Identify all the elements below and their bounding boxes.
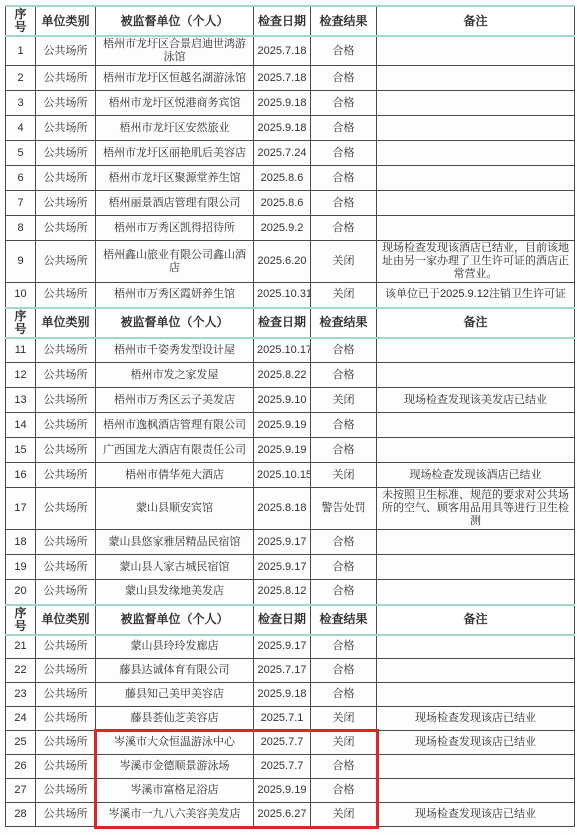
table-row: 15公共场所广西国龙大酒店有限责任公司2025.9.19合格	[6, 438, 575, 463]
cell-result: 合格	[311, 91, 377, 116]
cell-category: 公共场所	[36, 755, 96, 779]
table-row: 23公共场所藤县知己美甲美容店2025.9.18合格	[6, 683, 575, 707]
cell-no: 19	[6, 555, 36, 580]
cell-remark: 现场检查发现该店已结业	[377, 707, 575, 731]
cell-no: 2	[6, 66, 36, 91]
cell-result: 关闭	[311, 803, 377, 827]
cell-remark	[377, 141, 575, 166]
cell-result: 合格	[311, 66, 377, 91]
cell-unit: 梧州鑫山旅业有限公司鑫山酒店	[96, 241, 254, 283]
table-row: 16公共场所梧州市倩华苑大酒店2025.10.15关闭现场检查发现该酒店已结业	[6, 463, 575, 488]
cell-remark: 现场检查发现该美发店已结业	[377, 388, 575, 413]
cell-result: 合格	[311, 779, 377, 803]
cell-category: 公共场所	[36, 659, 96, 683]
cell-no: 11	[6, 338, 36, 363]
cell-result: 合格	[311, 438, 377, 463]
cell-no: 8	[6, 216, 36, 241]
table-row: 21公共场所蒙山县玲玲发廊店2025.9.17合格	[6, 635, 575, 659]
cell-result: 合格	[311, 659, 377, 683]
cell-unit: 梧州市发之家发屋	[96, 363, 254, 388]
cell-category: 公共场所	[36, 803, 96, 827]
cell-date: 2025.9.17	[254, 635, 311, 659]
cell-no: 1	[6, 36, 36, 66]
cell-remark	[377, 580, 575, 605]
cell-no: 13	[6, 388, 36, 413]
header-cell-remark: 备注	[377, 605, 575, 635]
header-cell-unit: 被监督单位（个人）	[96, 605, 254, 635]
table-row: 2公共场所梧州市龙圩区恒越名湖游泳馆2025.7.18合格	[6, 66, 575, 91]
cell-remark	[377, 338, 575, 363]
cell-no: 9	[6, 241, 36, 283]
table-row: 7公共场所梧州丽景酒店管理有限公司2025.8.6合格	[6, 191, 575, 216]
table-row: 28公共场所岑溪市一九八六美容美发店2025.6.27关闭现场检查发现该店已结业	[6, 803, 575, 827]
table-row: 4公共场所梧州市龙圩区安然旅业2025.9.18合格	[6, 116, 575, 141]
inspection-table: 序号单位类别被监督单位（个人）检查日期检查结果备注1公共场所梧州市龙圩区合景启迪…	[5, 5, 575, 827]
cell-unit: 梧州丽景酒店管理有限公司	[96, 191, 254, 216]
cell-category: 公共场所	[36, 283, 96, 308]
cell-date: 2025.10.17	[254, 338, 311, 363]
cell-result: 合格	[311, 683, 377, 707]
cell-no: 17	[6, 488, 36, 530]
table-row: 25公共场所岑溪市大众恒温游泳中心2025.7.7关闭现场检查发现该店已结业	[6, 731, 575, 755]
cell-date: 2025.8.12	[254, 580, 311, 605]
header-cell-no: 序号	[6, 6, 36, 36]
cell-remark: 现场检查发现该店已结业	[377, 803, 575, 827]
cell-result: 关闭	[311, 731, 377, 755]
cell-remark: 现场检查发现该店已结业	[377, 731, 575, 755]
cell-category: 公共场所	[36, 731, 96, 755]
table-row: 10公共场所梧州市万秀区霞妍养生馆2025.10.31关闭该单位已于2025.9…	[6, 283, 575, 308]
header-cell-result: 检查结果	[311, 605, 377, 635]
cell-category: 公共场所	[36, 241, 96, 283]
header-cell-result: 检查结果	[311, 308, 377, 338]
cell-category: 公共场所	[36, 707, 96, 731]
cell-result: 关闭	[311, 388, 377, 413]
cell-result: 合格	[311, 635, 377, 659]
cell-date: 2025.9.19	[254, 779, 311, 803]
cell-date: 2025.9.19	[254, 438, 311, 463]
cell-unit: 蒙山县悠家雅居精品民宿馆	[96, 530, 254, 555]
cell-no: 23	[6, 683, 36, 707]
cell-category: 公共场所	[36, 338, 96, 363]
header-cell-remark: 备注	[377, 6, 575, 36]
table-row: 26公共场所岑溪市金德顺景游泳场2025.7.7合格	[6, 755, 575, 779]
cell-result: 合格	[311, 141, 377, 166]
cell-category: 公共场所	[36, 141, 96, 166]
cell-date: 2025.8.18	[254, 488, 311, 530]
cell-result: 合格	[311, 755, 377, 779]
cell-remark	[377, 755, 575, 779]
cell-unit: 岑溪市大众恒温游泳中心	[96, 731, 254, 755]
cell-unit: 藤县知己美甲美容店	[96, 683, 254, 707]
cell-remark	[377, 530, 575, 555]
cell-unit: 岑溪市富格足浴店	[96, 779, 254, 803]
cell-no: 21	[6, 635, 36, 659]
header-cell-unit: 被监督单位（个人）	[96, 308, 254, 338]
cell-no: 12	[6, 363, 36, 388]
cell-category: 公共场所	[36, 463, 96, 488]
cell-remark	[377, 216, 575, 241]
cell-no: 24	[6, 707, 36, 731]
table-row: 6公共场所梧州市龙圩区聚源堂养生馆2025.8.6合格	[6, 166, 575, 191]
table-row: 22公共场所藤县达诚体育有限公司2025.7.17合格	[6, 659, 575, 683]
cell-remark	[377, 438, 575, 463]
cell-date: 2025.9.19	[254, 413, 311, 438]
cell-date: 2025.8.6	[254, 191, 311, 216]
cell-category: 公共场所	[36, 555, 96, 580]
cell-category: 公共场所	[36, 530, 96, 555]
cell-no: 16	[6, 463, 36, 488]
cell-result: 合格	[311, 580, 377, 605]
cell-unit: 蒙山县人家古城民宿馆	[96, 555, 254, 580]
cell-no: 20	[6, 580, 36, 605]
table-row: 13公共场所梧州市万秀区云子美发店2025.9.10关闭现场检查发现该美发店已结…	[6, 388, 575, 413]
cell-date: 2025.7.7	[254, 755, 311, 779]
cell-unit: 梧州市千姿秀发型设计屋	[96, 338, 254, 363]
cell-category: 公共场所	[36, 683, 96, 707]
cell-no: 10	[6, 283, 36, 308]
cell-date: 2025.9.17	[254, 530, 311, 555]
table-row: 20公共场所蒙山县发缘地美发店2025.8.12合格	[6, 580, 575, 605]
cell-date: 2025.9.17	[254, 555, 311, 580]
table-row: 11公共场所梧州市千姿秀发型设计屋2025.10.17合格	[6, 338, 575, 363]
cell-unit: 梧州市龙圩区聚源堂养生馆	[96, 166, 254, 191]
cell-result: 合格	[311, 166, 377, 191]
cell-remark	[377, 659, 575, 683]
cell-remark	[377, 635, 575, 659]
cell-date: 2025.7.1	[254, 707, 311, 731]
cell-remark	[377, 683, 575, 707]
cell-unit: 梧州市龙圩区合景启迪世鸿游泳馆	[96, 36, 254, 66]
cell-unit: 梧州市龙圩区悦港商务宾馆	[96, 91, 254, 116]
header-cell-category: 单位类别	[36, 6, 96, 36]
table-row: 27公共场所岑溪市富格足浴店2025.9.19合格	[6, 779, 575, 803]
cell-unit: 蒙山县发缘地美发店	[96, 580, 254, 605]
cell-no: 26	[6, 755, 36, 779]
cell-date: 2025.9.18	[254, 91, 311, 116]
table-row: 1公共场所梧州市龙圩区合景启迪世鸿游泳馆2025.7.18合格	[6, 36, 575, 66]
cell-date: 2025.7.7	[254, 731, 311, 755]
table-row: 24公共场所藤县荟仙芝美容店2025.7.1关闭现场检查发现该店已结业	[6, 707, 575, 731]
cell-no: 28	[6, 803, 36, 827]
cell-remark	[377, 116, 575, 141]
cell-remark	[377, 413, 575, 438]
cell-date: 2025.6.27	[254, 803, 311, 827]
inspection-results-page: 序号单位类别被监督单位（个人）检查日期检查结果备注1公共场所梧州市龙圩区合景启迪…	[0, 0, 577, 835]
cell-result: 关闭	[311, 283, 377, 308]
cell-no: 4	[6, 116, 36, 141]
cell-result: 警告处罚	[311, 488, 377, 530]
cell-remark	[377, 191, 575, 216]
cell-category: 公共场所	[36, 166, 96, 191]
cell-result: 合格	[311, 36, 377, 66]
cell-category: 公共场所	[36, 388, 96, 413]
cell-unit: 梧州市倩华苑大酒店	[96, 463, 254, 488]
cell-date: 2025.7.18	[254, 36, 311, 66]
cell-date: 2025.7.17	[254, 659, 311, 683]
cell-category: 公共场所	[36, 36, 96, 66]
cell-date: 2025.9.10	[254, 388, 311, 413]
cell-unit: 蒙山县顺安宾馆	[96, 488, 254, 530]
cell-unit: 梧州市龙圩区丽艳肌后美容店	[96, 141, 254, 166]
header-cell-date: 检查日期	[254, 605, 311, 635]
cell-category: 公共场所	[36, 635, 96, 659]
cell-remark	[377, 36, 575, 66]
cell-category: 公共场所	[36, 191, 96, 216]
cell-result: 合格	[311, 363, 377, 388]
cell-unit: 梧州市万秀区凯得招待所	[96, 216, 254, 241]
header-cell-no: 序号	[6, 605, 36, 635]
cell-remark: 该单位已于2025.9.12注销卫生许可证	[377, 283, 575, 308]
header-cell-category: 单位类别	[36, 308, 96, 338]
cell-unit: 岑溪市金德顺景游泳场	[96, 755, 254, 779]
cell-no: 6	[6, 166, 36, 191]
cell-category: 公共场所	[36, 66, 96, 91]
cell-result: 合格	[311, 116, 377, 141]
cell-no: 15	[6, 438, 36, 463]
cell-remark	[377, 363, 575, 388]
header-cell-category: 单位类别	[36, 605, 96, 635]
cell-date: 2025.9.18	[254, 683, 311, 707]
cell-unit: 梧州市龙圩区安然旅业	[96, 116, 254, 141]
cell-no: 25	[6, 731, 36, 755]
cell-no: 7	[6, 191, 36, 216]
cell-result: 关闭	[311, 463, 377, 488]
cell-no: 18	[6, 530, 36, 555]
cell-no: 22	[6, 659, 36, 683]
cell-remark	[377, 779, 575, 803]
header-cell-result: 检查结果	[311, 6, 377, 36]
cell-result: 合格	[311, 555, 377, 580]
cell-result: 关闭	[311, 707, 377, 731]
header-cell-date: 检查日期	[254, 308, 311, 338]
header-row: 序号单位类别被监督单位（个人）检查日期检查结果备注	[6, 6, 575, 36]
cell-no: 27	[6, 779, 36, 803]
header-row: 序号单位类别被监督单位（个人）检查日期检查结果备注	[6, 308, 575, 338]
cell-category: 公共场所	[36, 488, 96, 530]
header-row: 序号单位类别被监督单位（个人）检查日期检查结果备注	[6, 605, 575, 635]
cell-remark	[377, 166, 575, 191]
cell-remark: 现场检查发现该酒店已结业	[377, 463, 575, 488]
cell-category: 公共场所	[36, 116, 96, 141]
cell-result: 合格	[311, 338, 377, 363]
table-row: 5公共场所梧州市龙圩区丽艳肌后美容店2025.7.24合格	[6, 141, 575, 166]
cell-unit: 岑溪市一九八六美容美发店	[96, 803, 254, 827]
cell-remark	[377, 66, 575, 91]
cell-category: 公共场所	[36, 580, 96, 605]
cell-remark	[377, 555, 575, 580]
cell-date: 2025.7.18	[254, 66, 311, 91]
cell-result: 合格	[311, 191, 377, 216]
cell-date: 2025.9.18	[254, 116, 311, 141]
cell-date: 2025.10.15	[254, 463, 311, 488]
cell-no: 14	[6, 413, 36, 438]
cell-unit: 梧州市逸枫酒店管理有限公司	[96, 413, 254, 438]
cell-category: 公共场所	[36, 438, 96, 463]
cell-category: 公共场所	[36, 91, 96, 116]
cell-date: 2025.8.6	[254, 166, 311, 191]
cell-category: 公共场所	[36, 779, 96, 803]
header-cell-remark: 备注	[377, 308, 575, 338]
header-cell-no: 序号	[6, 308, 36, 338]
table-row: 3公共场所梧州市龙圩区悦港商务宾馆2025.9.18合格	[6, 91, 575, 116]
cell-result: 关闭	[311, 241, 377, 283]
cell-result: 合格	[311, 530, 377, 555]
header-cell-unit: 被监督单位（个人）	[96, 6, 254, 36]
cell-date: 2025.8.22	[254, 363, 311, 388]
cell-date: 2025.6.20	[254, 241, 311, 283]
cell-no: 5	[6, 141, 36, 166]
cell-remark: 现场检查发现该酒店已结业，目前该地址由另一家办理了卫生许可证的酒店正常营业。	[377, 241, 575, 283]
table-row: 17公共场所蒙山县顺安宾馆2025.8.18警告处罚未按照卫生标准、规范的要求对…	[6, 488, 575, 530]
cell-unit: 梧州市万秀区云子美发店	[96, 388, 254, 413]
table-row: 8公共场所梧州市万秀区凯得招待所2025.9.2合格	[6, 216, 575, 241]
cell-date: 2025.9.2	[254, 216, 311, 241]
cell-result: 合格	[311, 216, 377, 241]
cell-no: 3	[6, 91, 36, 116]
cell-unit: 藤县达诚体育有限公司	[96, 659, 254, 683]
cell-unit: 梧州市万秀区霞妍养生馆	[96, 283, 254, 308]
cell-category: 公共场所	[36, 216, 96, 241]
cell-unit: 广西国龙大酒店有限责任公司	[96, 438, 254, 463]
table-row: 14公共场所梧州市逸枫酒店管理有限公司2025.9.19合格	[6, 413, 575, 438]
table-row: 9公共场所梧州鑫山旅业有限公司鑫山酒店2025.6.20关闭现场检查发现该酒店已…	[6, 241, 575, 283]
cell-result: 合格	[311, 413, 377, 438]
cell-category: 公共场所	[36, 413, 96, 438]
cell-unit: 梧州市龙圩区恒越名湖游泳馆	[96, 66, 254, 91]
header-cell-date: 检查日期	[254, 6, 311, 36]
cell-remark	[377, 91, 575, 116]
cell-date: 2025.10.31	[254, 283, 311, 308]
cell-category: 公共场所	[36, 363, 96, 388]
cell-remark: 未按照卫生标准、规范的要求对公共场所的空气、顾客用品用具等进行卫生检测	[377, 488, 575, 530]
cell-date: 2025.7.24	[254, 141, 311, 166]
cell-unit: 蒙山县玲玲发廊店	[96, 635, 254, 659]
table-row: 18公共场所蒙山县悠家雅居精品民宿馆2025.9.17合格	[6, 530, 575, 555]
cell-unit: 藤县荟仙芝美容店	[96, 707, 254, 731]
table-row: 12公共场所梧州市发之家发屋2025.8.22合格	[6, 363, 575, 388]
table-row: 19公共场所蒙山县人家古城民宿馆2025.9.17合格	[6, 555, 575, 580]
